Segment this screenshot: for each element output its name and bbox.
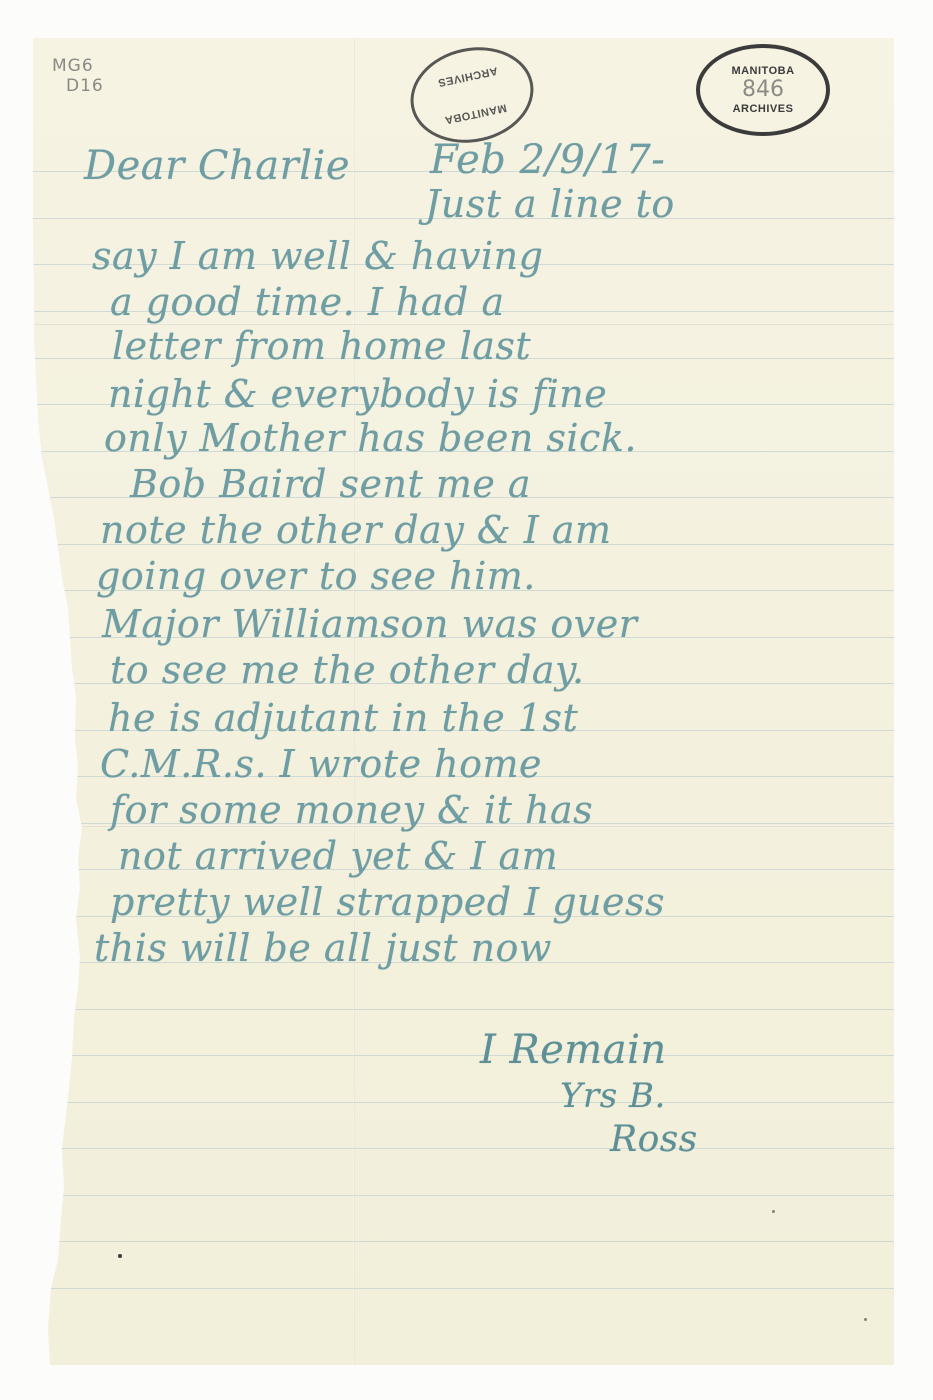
- ruled-line: [30, 1288, 894, 1289]
- letter-line: not arrived yet & I am: [118, 836, 558, 876]
- letter-line: going over to see him.: [96, 556, 536, 596]
- letter-closing: I Remain: [480, 1030, 667, 1070]
- letter-signature: Ross: [610, 1120, 698, 1160]
- ruled-line: [30, 1148, 894, 1149]
- letter-line: to see me the other day.: [110, 650, 585, 690]
- stamp-bottom-text: MANITOBA: [444, 101, 508, 126]
- letter-line: C.M.R.s. I wrote home: [100, 744, 542, 784]
- letter-line: he is adjutant in the 1st: [108, 698, 578, 738]
- letter-line: say I am well & having: [92, 236, 543, 276]
- letter-line: note the other day & I am: [100, 510, 612, 550]
- letter-line: letter from home last: [112, 326, 531, 366]
- letter-line: Bob Baird sent me a: [130, 464, 531, 504]
- letter-closing-yours: Yrs B.: [560, 1076, 666, 1116]
- ruled-line: [30, 1102, 894, 1103]
- stamp-top-text: MANITOBA: [731, 65, 794, 77]
- stamp-top-text: ARCHIVES: [437, 64, 499, 88]
- paper-speck: [864, 1318, 867, 1321]
- stamp-bottom-text: ARCHIVES: [733, 103, 794, 115]
- letter-line: this will be all just now: [94, 928, 552, 968]
- catalog-mark-mg: MG6: [52, 56, 94, 76]
- letter-line: pretty well strapped I guess: [110, 882, 665, 922]
- letter-salutation: Dear Charlie: [84, 146, 350, 186]
- paper-speck: [118, 1254, 122, 1258]
- letter-date: Feb 2/9/17-: [430, 140, 665, 180]
- letter-line: night & everybody is fine: [108, 374, 607, 414]
- letter-line: only Mother has been sick.: [104, 418, 637, 458]
- letter-line: a good time. I had a: [110, 282, 505, 322]
- paper-speck: [772, 1210, 775, 1213]
- archives-stamp: MANITOBA 846 ARCHIVES: [696, 44, 830, 136]
- letter-line: for some money & it has: [110, 790, 593, 830]
- scanned-page: MG6 D16 MANITOBA ARCHIVES MANITOBA 846 A…: [0, 0, 933, 1400]
- letter-line: Just a line to: [425, 184, 675, 224]
- ruled-line: [30, 1009, 894, 1010]
- letter-line: Major Williamson was over: [102, 604, 637, 644]
- ruled-line: [30, 1055, 894, 1056]
- ruled-line: [30, 1241, 894, 1242]
- stamp-accession-number: 846: [742, 78, 784, 102]
- catalog-mark-d: D16: [66, 76, 104, 96]
- ruled-line: [30, 1195, 894, 1196]
